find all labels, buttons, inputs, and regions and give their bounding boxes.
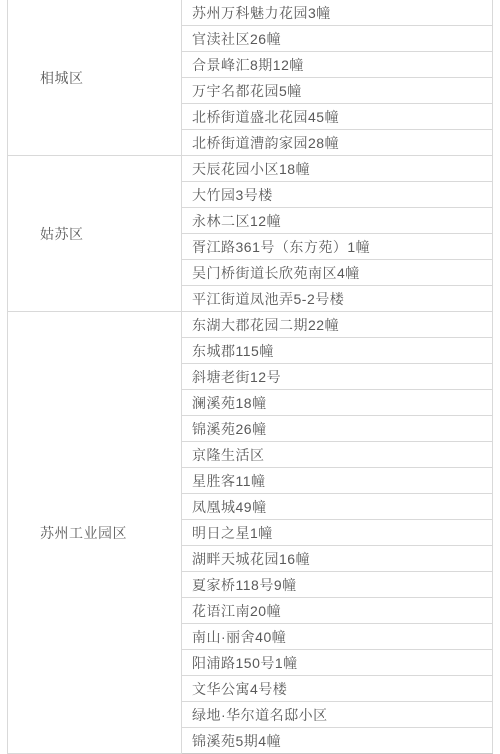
location-cell: 北桥街道盛北花园45幢 xyxy=(182,104,493,130)
location-cell: 大竹园3号楼 xyxy=(182,182,493,208)
location-cell: 锦溪苑5期4幢 xyxy=(182,728,493,754)
location-cell: 北桥街道漕韵家园28幢 xyxy=(182,130,493,156)
location-cell: 星胜客11幢 xyxy=(182,468,493,494)
location-cell: 凤凰城49幢 xyxy=(182,494,493,520)
location-cell: 东湖大郡花园二期22幢 xyxy=(182,312,493,338)
location-cell: 合景峰汇8期12幢 xyxy=(182,52,493,78)
location-cell: 绿地·华尔道名邸小区 xyxy=(182,702,493,728)
location-cell: 胥江路361号（东方苑）1幢 xyxy=(182,234,493,260)
table-row: 姑苏区天辰花园小区18幢 xyxy=(8,156,493,182)
district-cell: 苏州工业园区 xyxy=(8,312,182,754)
location-cell: 澜溪苑18幢 xyxy=(182,390,493,416)
table-row: 相城区苏州万科魅力花园3幢 xyxy=(8,0,493,26)
location-cell: 斜塘老街12号 xyxy=(182,364,493,390)
location-cell: 南山·丽舍40幢 xyxy=(182,624,493,650)
location-cell: 京隆生活区 xyxy=(182,442,493,468)
location-cell: 吴门桥街道长欣苑南区4幢 xyxy=(182,260,493,286)
table-row: 苏州工业园区东湖大郡花园二期22幢 xyxy=(8,312,493,338)
district-location-table: 相城区苏州万科魅力花园3幢官渎社区26幢合景峰汇8期12幢万宇名都花园5幢北桥街… xyxy=(7,0,493,754)
location-cell: 明日之星1幢 xyxy=(182,520,493,546)
location-cell: 湖畔天城花园16幢 xyxy=(182,546,493,572)
location-cell: 文华公寓4号楼 xyxy=(182,676,493,702)
location-cell: 平江街道凤池弄5-2号楼 xyxy=(182,286,493,312)
location-cell: 夏家桥118号9幢 xyxy=(182,572,493,598)
location-cell: 花语江南20幢 xyxy=(182,598,493,624)
location-cell: 锦溪苑26幢 xyxy=(182,416,493,442)
district-cell: 相城区 xyxy=(8,0,182,156)
location-cell: 永林二区12幢 xyxy=(182,208,493,234)
location-cell: 万宇名都花园5幢 xyxy=(182,78,493,104)
page: 相城区苏州万科魅力花园3幢官渎社区26幢合景峰汇8期12幢万宇名都花园5幢北桥街… xyxy=(0,0,500,754)
district-location-table-body: 相城区苏州万科魅力花园3幢官渎社区26幢合景峰汇8期12幢万宇名都花园5幢北桥街… xyxy=(8,0,493,754)
location-cell: 东城郡115幢 xyxy=(182,338,493,364)
district-cell: 姑苏区 xyxy=(8,156,182,312)
location-cell: 官渎社区26幢 xyxy=(182,26,493,52)
location-cell: 天辰花园小区18幢 xyxy=(182,156,493,182)
location-cell: 阳浦路150号1幢 xyxy=(182,650,493,676)
location-cell: 苏州万科魅力花园3幢 xyxy=(182,0,493,26)
